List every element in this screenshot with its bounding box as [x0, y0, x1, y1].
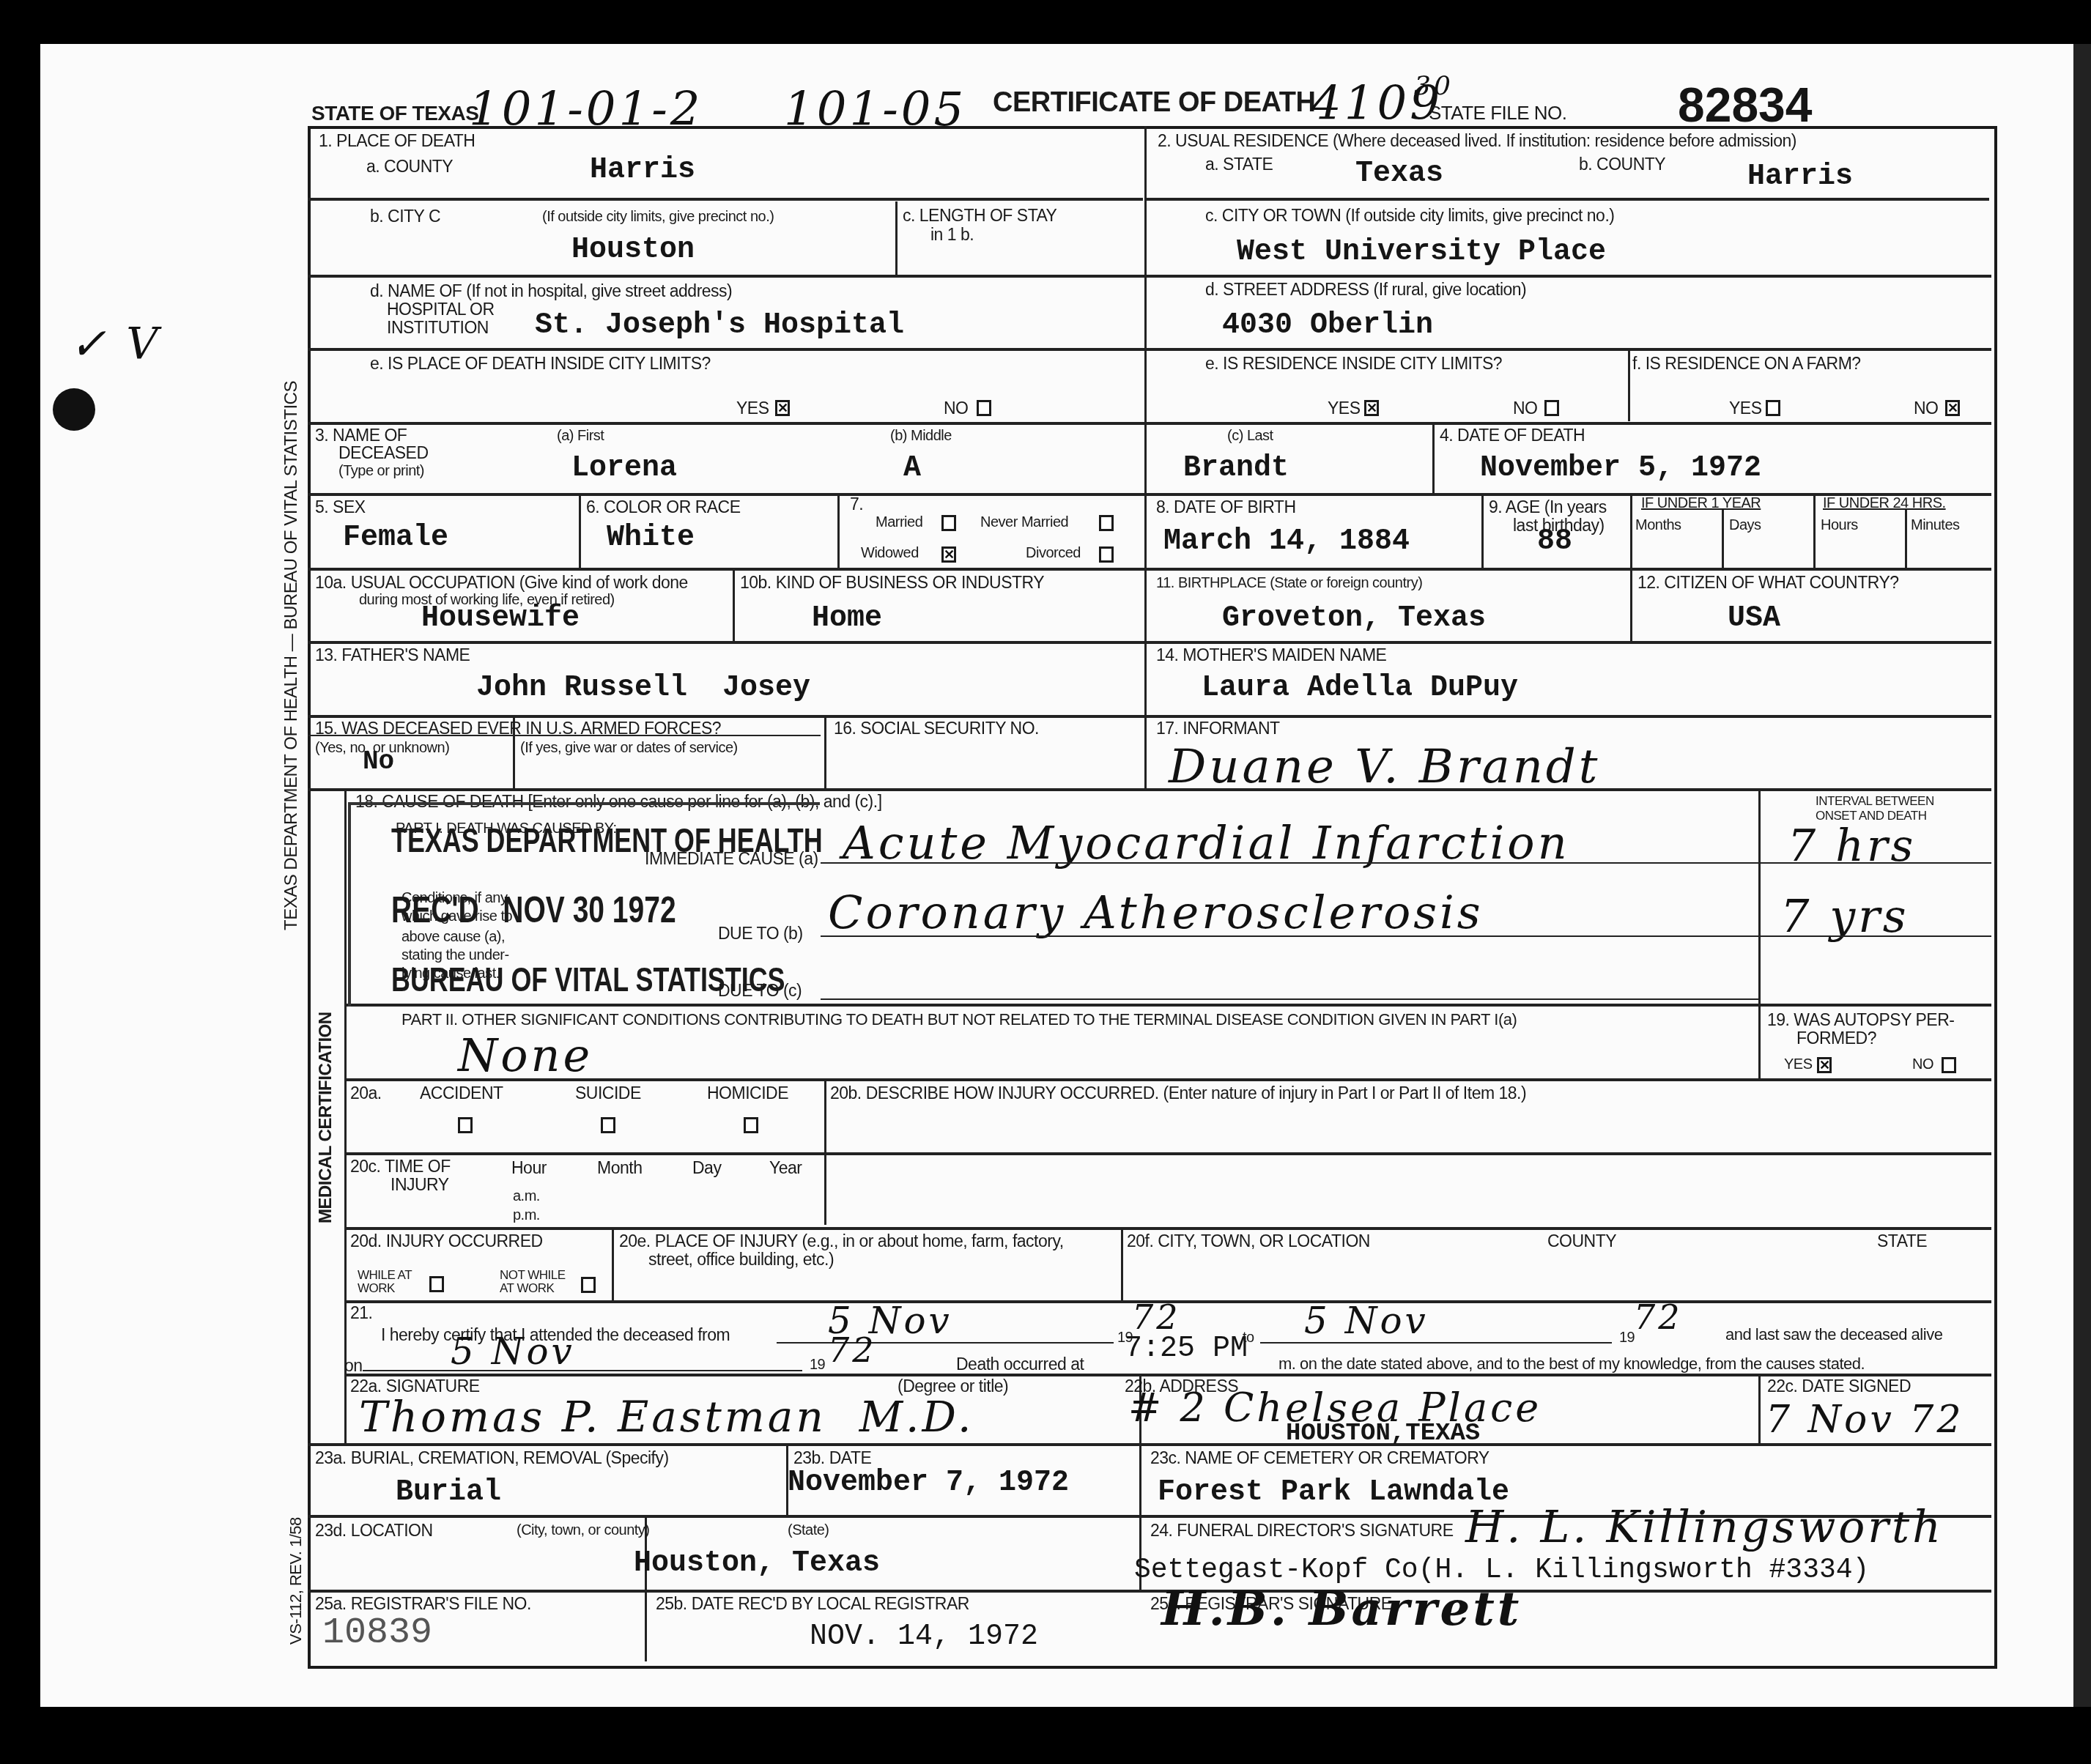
res-state-value: Texas [1355, 160, 1443, 189]
registrar-signature: H.B. Barrett [1161, 1586, 1522, 1633]
cemetery-label: 23c. NAME OF CEMETERY OR CREMATORY [1150, 1449, 1489, 1467]
funeral-director-signature: H. L. Killingsworth [1465, 1505, 1944, 1549]
armed-sub-label-2: (If yes, give war or dates of service) [520, 740, 738, 756]
attended-to-year: 72 [1634, 1300, 1683, 1334]
residence-label: 2. USUAL RESIDENCE (Where deceased lived… [1158, 132, 1796, 150]
certificate-title: CERTIFICATE OF DEATH [993, 88, 1315, 119]
location-sub-1: (City, town, or county) [517, 1522, 650, 1538]
widowed-checkbox[interactable] [941, 546, 956, 563]
burial-value: Burial [396, 1478, 501, 1508]
informant-label: 17. INFORMANT [1156, 719, 1280, 738]
while-at-work-label-2: WORK [358, 1282, 395, 1296]
race-value: White [607, 524, 695, 553]
funeral-director-typed: Settegast-Kopf Co(H. L. Killingsworth #3… [1134, 1557, 1869, 1585]
res-county-value: Harris [1747, 163, 1853, 192]
injury-occurred-label: 20d. INJURY OCCURRED [350, 1232, 543, 1250]
deceased-label: DECEASED [338, 444, 429, 462]
res-county-label: b. COUNTY [1579, 155, 1665, 174]
not-while-at-work-checkbox[interactable] [581, 1277, 596, 1293]
on-label: on [344, 1357, 363, 1375]
accident-checkbox[interactable] [458, 1117, 473, 1133]
occupation-label: 10a. USUAL OCCUPATION (Give kind of work… [315, 574, 688, 592]
while-at-work-label: WHILE AT [358, 1269, 412, 1283]
death-city-value: Houston [571, 236, 695, 265]
res-inside-yes-checkbox[interactable] [1364, 400, 1379, 416]
burial-date-value: November 7, 1972 [788, 1469, 1069, 1498]
father-label: 13. FATHER'S NAME [315, 646, 470, 664]
date-signed-label: 22c. DATE SIGNED [1767, 1377, 1911, 1396]
place-of-death-label: 1. PLACE OF DEATH [319, 132, 475, 150]
location-label: 23d. LOCATION [315, 1522, 433, 1540]
death-inside-no-label: NO [944, 399, 969, 418]
stamp-line-2: REC'D NOV 30 1972 [391, 892, 676, 928]
married-label: Married [876, 514, 922, 530]
hospital-label: d. NAME OF (If not in hospital, give str… [370, 282, 732, 300]
mother-label: 14. MOTHER'S MAIDEN NAME [1156, 646, 1386, 664]
side-dept-text: TEXAS DEPARTMENT OF HEALTH — BUREAU OF V… [282, 381, 301, 930]
time-of-injury-label: 20c. TIME OF [350, 1157, 451, 1176]
autopsy-yes-checkbox[interactable] [1817, 1057, 1832, 1073]
mother-value: Laura Adella DuPuy [1202, 674, 1518, 703]
state-of-texas-label: STATE OF TEXAS [311, 103, 478, 125]
form-number: VS-112, REV. 1/58 [287, 1517, 305, 1645]
dob-label: 8. DATE OF BIRTH [1156, 498, 1296, 516]
name-of-label: 3. NAME OF [315, 426, 407, 445]
birthplace-value: Groveton, Texas [1222, 604, 1486, 634]
under-1-year-label: IF UNDER 1 YEAR [1641, 495, 1761, 511]
county-label: a. COUNTY [366, 157, 453, 176]
injury-city-label: 20f. CITY, TOWN, OR LOCATION [1127, 1232, 1370, 1250]
interval-a-value: 7 hrs [1788, 824, 1916, 868]
part-2-value: None [458, 1033, 593, 1078]
header-handwritten-sup: 30 [1414, 73, 1454, 100]
attended-from-year: 72 [1132, 1300, 1181, 1334]
res-inside-no-checkbox[interactable] [1544, 400, 1559, 416]
under-24-hrs-label: IF UNDER 24 HRS. [1823, 495, 1946, 511]
res-street-value: 4030 Oberlin [1222, 311, 1433, 341]
margin-mark: ✓ V [70, 322, 161, 366]
type-or-print-label: (Type or print) [338, 463, 424, 479]
res-inside-yes-label: YES [1328, 399, 1361, 418]
occupation-value: Housewife [421, 604, 580, 634]
immediate-cause-value: Acute Myocardial Infarction [843, 820, 1570, 866]
date-recd-value: NOV. 14, 1972 [810, 1623, 1038, 1652]
homicide-label: HOMICIDE [707, 1084, 788, 1102]
city-note: (If outside city limits, give precinct n… [542, 209, 774, 225]
on-year: 72 [828, 1333, 877, 1367]
sex-value: Female [343, 524, 448, 553]
farm-no-label: NO [1914, 399, 1939, 418]
last-name-value: Brandt [1183, 454, 1289, 483]
hospital-label-2: HOSPITAL OR [387, 300, 495, 319]
res-state-label: a. STATE [1205, 155, 1273, 174]
res-city-label: c. CITY OR TOWN (If outside city limits,… [1205, 207, 1614, 225]
suicide-checkbox[interactable] [601, 1117, 615, 1133]
marital-label: 7. [850, 495, 863, 514]
interval-label: INTERVAL BETWEEN [1816, 795, 1934, 809]
farm-label: f. IS RESIDENCE ON A FARM? [1632, 355, 1861, 373]
stamp-line-3: BUREAU OF VITAL STATISTICS [391, 963, 785, 996]
registrar-file-label: 25a. REGISTRAR'S FILE NO. [315, 1595, 531, 1613]
divorced-label: Divorced [1026, 545, 1081, 561]
death-inside-yes-label: YES [736, 399, 769, 418]
punch-hole [53, 388, 95, 431]
father-value: John Russell Josey [476, 674, 810, 703]
informant-signature: Duane V. Brandt [1169, 744, 1601, 790]
res-inside-limits-label: e. IS RESIDENCE INSIDE CITY LIMITS? [1205, 355, 1502, 373]
accident-label: ACCIDENT [420, 1084, 503, 1102]
not-while-at-work-label-2: AT WORK [500, 1282, 554, 1296]
days-label: Days [1729, 517, 1761, 533]
widowed-label: Widowed [861, 545, 919, 561]
length-of-stay-label-2: in 1 b. [930, 226, 974, 244]
business-label: 10b. KIND OF BUSINESS OR INDUSTRY [740, 574, 1044, 592]
age-value: 88 [1537, 527, 1572, 557]
suicide-label: SUICIDE [575, 1084, 641, 1102]
cemetery-value: Forest Park Lawndale [1158, 1478, 1509, 1508]
res-city-value: West University Place [1237, 238, 1606, 267]
homicide-checkbox[interactable] [744, 1117, 758, 1133]
birthplace-label: 11. BIRTHPLACE (State or foreign country… [1156, 575, 1422, 591]
physician-signature: Thomas P. Eastman M.D. [359, 1396, 974, 1438]
res-street-label: d. STREET ADDRESS (If rural, give locati… [1205, 281, 1526, 299]
received-stamp: TEXAS DEPARTMENT OF HEALTH REC'D NOV 30 … [348, 802, 820, 1007]
death-inside-limits-label: e. IS PLACE OF DEATH INSIDE CITY LIMITS? [370, 355, 711, 373]
date-recd-label: 25b. DATE REC'D BY LOCAL REGISTRAR [656, 1595, 969, 1613]
dob-value: March 14, 1884 [1163, 527, 1410, 557]
injury-county-label: COUNTY [1547, 1232, 1616, 1250]
side-medical-cert-text: MEDICAL CERTIFICATION [317, 1012, 336, 1223]
autopsy-no-checkbox[interactable] [1942, 1057, 1956, 1073]
while-at-work-checkbox[interactable] [429, 1276, 444, 1292]
autopsy-yes-label: YES [1784, 1056, 1813, 1072]
burial-date-label: 23b. DATE [793, 1449, 871, 1467]
registrar-file-value: 10839 [322, 1615, 432, 1652]
sex-label: 5. SEX [315, 498, 366, 516]
middle-name-value: A [903, 454, 921, 483]
citizen-label: 12. CITIZEN OF WHAT COUNTRY? [1637, 574, 1899, 592]
cert-text-2: and last saw the deceased alive [1725, 1326, 1942, 1344]
death-county-value: Harris [590, 156, 695, 185]
day-label: Day [692, 1159, 721, 1177]
months-label: Months [1635, 517, 1681, 533]
death-inside-yes-checkbox[interactable] [775, 400, 790, 416]
due-to-b-value: Coronary Atherosclerosis [828, 890, 1484, 935]
married-checkbox[interactable] [941, 515, 956, 531]
time-of-injury-label-2: INJURY [391, 1176, 449, 1194]
right-edge-strip [2073, 44, 2091, 1707]
minutes-label: Minutes [1911, 517, 1960, 533]
location-sub-2: (State) [788, 1522, 829, 1538]
middle-name-label: (b) Middle [890, 428, 952, 444]
funeral-director-label: 24. FUNERAL DIRECTOR'S SIGNATURE [1150, 1522, 1454, 1540]
race-label: 6. COLOR OR RACE [586, 498, 741, 516]
date-of-death-label: 4. DATE OF DEATH [1440, 426, 1585, 445]
hospital-label-3: INSTITUTION [387, 319, 489, 337]
death-time-value: 7:25 PM [1125, 1335, 1248, 1364]
armed-forces-value: No [363, 749, 394, 775]
on-date: 5 Nov [451, 1333, 575, 1370]
cert-21-label: 21. [350, 1304, 372, 1322]
farm-no-checkbox[interactable] [1945, 400, 1960, 416]
age-label: 9. AGE (In years [1489, 498, 1607, 516]
divorced-checkbox[interactable] [1099, 546, 1114, 563]
autopsy-label: 19. WAS AUTOPSY PER- [1767, 1011, 1954, 1029]
first-name-label: (a) First [557, 428, 604, 444]
pm-label: p.m. [513, 1207, 540, 1223]
year-label: Year [769, 1159, 802, 1177]
business-value: Home [812, 604, 882, 634]
interval-b-value: 7 yrs [1780, 894, 1909, 939]
injury-state-label: STATE [1877, 1232, 1927, 1250]
place-of-injury-label-2: street, office building, etc.) [648, 1250, 834, 1269]
state-file-number: 82834 [1678, 81, 1813, 129]
stamp-line-1: TEXAS DEPARTMENT OF HEALTH [391, 823, 823, 857]
cert-text-3: m. on the date stated above, and to the … [1278, 1355, 1865, 1373]
death-occurred-at-label: Death occurred at [956, 1355, 1084, 1374]
hospital-value: St. Joseph's Hospital [535, 311, 904, 341]
city-label: b. CITY C [370, 207, 440, 226]
first-name-value: Lorena [571, 454, 677, 483]
location-value: Houston, Texas [634, 1549, 880, 1579]
not-while-at-work-label: NOT WHILE [500, 1269, 566, 1283]
attended-to-date: 5 Nov [1304, 1302, 1429, 1339]
res-inside-no-label: NO [1513, 399, 1538, 418]
date-of-death-value: November 5, 1972 [1480, 454, 1761, 483]
death-inside-no-checkbox[interactable] [977, 400, 991, 416]
describe-injury-label: 20b. DESCRIBE HOW INJURY OCCURRED. (Ente… [830, 1084, 1526, 1102]
hour-label: Hour [511, 1159, 547, 1177]
citizen-value: USA [1728, 604, 1780, 634]
state-file-label: STATE FILE NO. [1429, 103, 1567, 124]
ssn-label: 16. SOCIAL SECURITY NO. [834, 719, 1039, 738]
am-label: a.m. [513, 1188, 540, 1204]
last-name-label: (c) Last [1227, 428, 1273, 444]
injury-20a-label: 20a. [350, 1084, 382, 1102]
to-nineteen: 19 [1619, 1330, 1635, 1346]
never-married-checkbox[interactable] [1099, 515, 1114, 531]
physician-city: HOUSTON,TEXAS [1286, 1421, 1480, 1446]
date-signed-value: 7 Nov 72 [1766, 1401, 1964, 1439]
hours-label: Hours [1821, 517, 1858, 533]
part-2-label: PART II. OTHER SIGNIFICANT CONDITIONS CO… [401, 1011, 1517, 1029]
month-label: Month [597, 1159, 642, 1177]
farm-yes-checkbox[interactable] [1766, 400, 1780, 416]
never-married-label: Never Married [980, 514, 1068, 530]
place-of-injury-label: 20e. PLACE OF INJURY (e.g., in or about … [619, 1232, 1064, 1250]
length-of-stay-label: c. LENGTH OF STAY [903, 207, 1056, 225]
on-nineteen: 19 [810, 1357, 825, 1373]
autopsy-label-2: FORMED? [1796, 1029, 1876, 1048]
burial-label: 23a. BURIAL, CREMATION, REMOVAL (Specify… [315, 1449, 669, 1467]
farm-yes-label: YES [1729, 399, 1762, 418]
autopsy-no-label: NO [1912, 1056, 1933, 1072]
